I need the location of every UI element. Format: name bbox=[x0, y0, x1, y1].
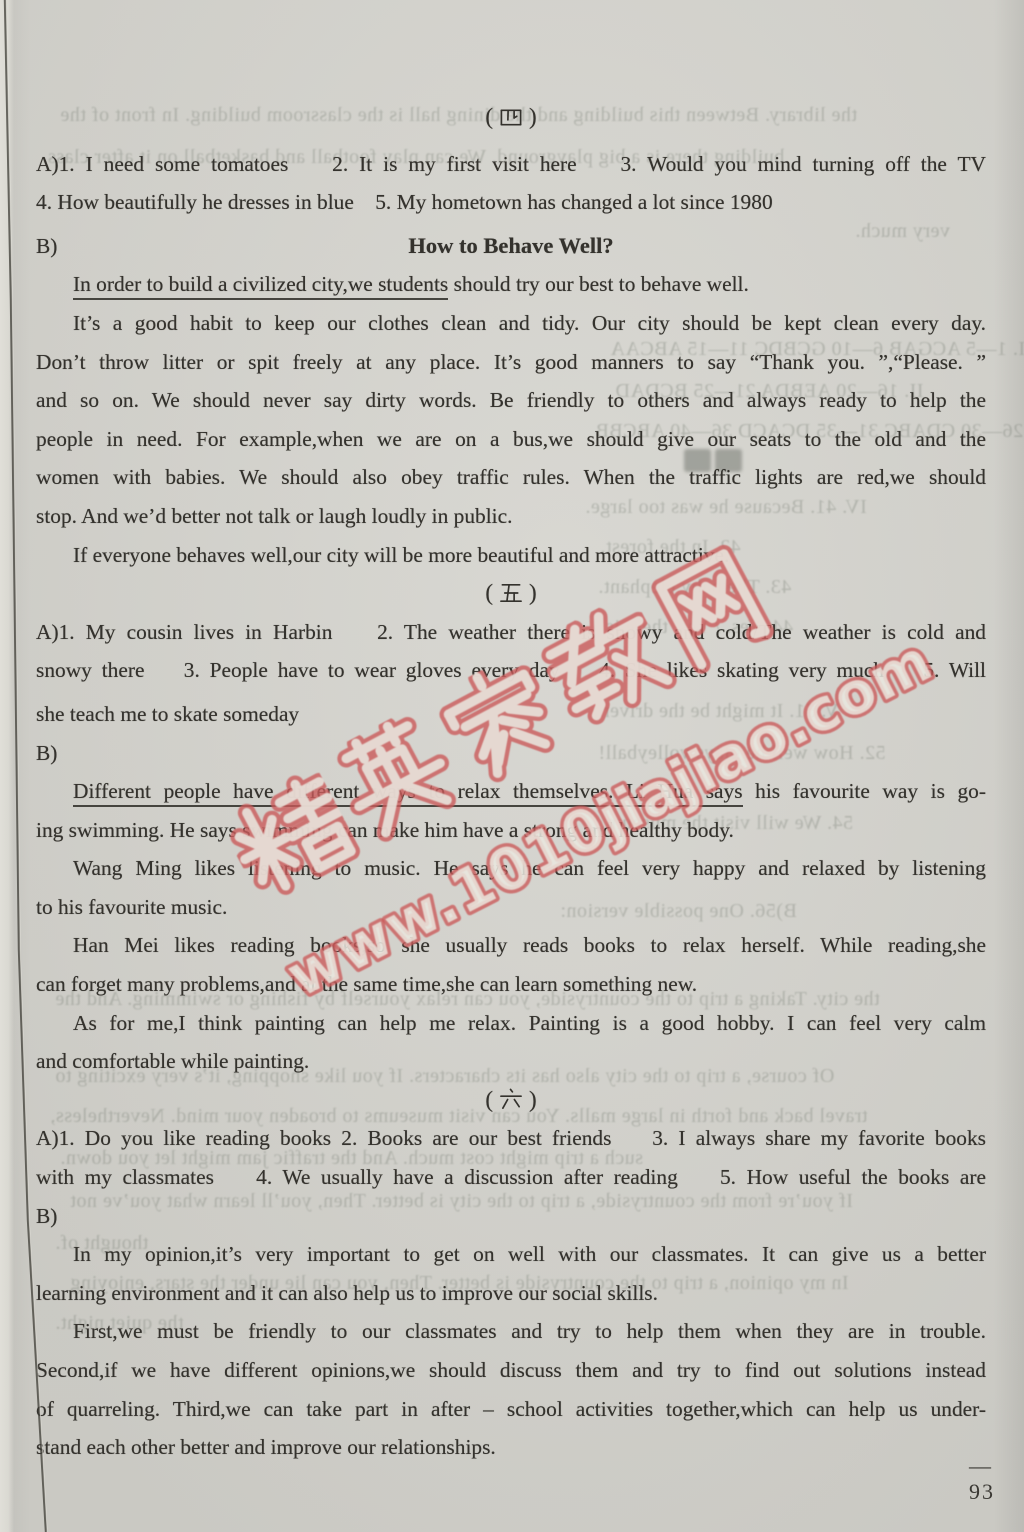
text-run: stop. And we’d better not talk or laugh … bbox=[36, 504, 512, 528]
text-run: with my classmates 4. We usually have a … bbox=[36, 1165, 986, 1189]
hanzi-five-icon bbox=[499, 581, 523, 605]
text-line: First,we must be friendly to our classma… bbox=[36, 1312, 986, 1351]
underlined-text: In order to build a civilized city,we st… bbox=[73, 272, 448, 300]
text-line: It’s a good habit to keep our clothes cl… bbox=[36, 304, 986, 343]
text-run: people in need. For example,when we are … bbox=[36, 427, 986, 451]
text-line: In my opinion,it’s very important to get… bbox=[36, 1235, 986, 1274]
part-label: B) bbox=[36, 227, 57, 266]
text-line: with my classmates 4. We usually have a … bbox=[36, 1158, 986, 1197]
text-run: In my opinion,it’s very important to get… bbox=[73, 1242, 986, 1266]
text-line: 4. How beautifully he dresses in blue 5.… bbox=[36, 183, 986, 222]
page-content: ()A)1. I need some tomatoes 2. It is my … bbox=[36, 98, 986, 1467]
section-heading-four: () bbox=[36, 98, 986, 137]
text-run: B) bbox=[36, 1204, 57, 1228]
text-run: women with babies. We should also obey t… bbox=[36, 465, 986, 489]
hanzi-six-icon bbox=[499, 1088, 523, 1112]
text-line: of quarreling. Third,we can take part in… bbox=[36, 1390, 986, 1429]
page-number: — 93 bbox=[969, 1453, 1024, 1505]
paren-open: ( bbox=[485, 1081, 493, 1120]
paren-close: ) bbox=[529, 1081, 537, 1120]
text-run: 4. How beautifully he dresses in blue 5.… bbox=[36, 190, 773, 214]
essay-title: How to Behave Well? bbox=[36, 227, 986, 266]
text-line: Second,if we have different opinions,we … bbox=[36, 1351, 986, 1390]
text-line: and comfortable while painting. bbox=[36, 1042, 986, 1081]
text-line: people in need. For example,when we are … bbox=[36, 420, 986, 459]
text-run: As for me,I think painting can help me r… bbox=[73, 1011, 986, 1035]
text-run: A)1. I need some tomatoes 2. It is my fi… bbox=[36, 152, 986, 176]
text-line: stop. And we’d better not talk or laugh … bbox=[36, 497, 986, 536]
text-run: If everyone behaves well,our city will b… bbox=[73, 543, 729, 567]
text-line: A)1. My cousin lives in Harbin 2. The we… bbox=[36, 613, 986, 652]
text-line: and so on. We should never say dirty wor… bbox=[36, 381, 986, 420]
text-run: and comfortable while painting. bbox=[36, 1049, 309, 1073]
text-run: B) bbox=[36, 741, 57, 765]
text-run: A)1. My cousin lives in Harbin 2. The we… bbox=[36, 620, 986, 644]
text-run: Second,if we have different opinions,we … bbox=[36, 1358, 986, 1382]
text-line: As for me,I think painting can help me r… bbox=[36, 1004, 986, 1043]
text-run: of quarreling. Third,we can take part in… bbox=[36, 1397, 986, 1421]
scan-gutter bbox=[0, 0, 14, 1532]
text-run: and so on. We should never say dirty wor… bbox=[36, 388, 986, 412]
section-label-and-title: B)How to Behave Well? bbox=[36, 227, 986, 266]
section-heading-five: () bbox=[36, 574, 986, 613]
paren-open: ( bbox=[485, 574, 493, 613]
text-line: A)1. Do you like reading books 2. Books … bbox=[36, 1119, 986, 1158]
text-run: to his favourite music. bbox=[36, 895, 227, 919]
scanned-answer-page: the library. Between this building and t… bbox=[0, 0, 1024, 1532]
paren-close: ) bbox=[529, 574, 537, 613]
paren-open: ( bbox=[485, 98, 493, 137]
text-line: women with babies. We should also obey t… bbox=[36, 458, 986, 497]
text-line: learning environment and it can also hel… bbox=[36, 1274, 986, 1313]
text-line: can forget many problems,and at the same… bbox=[36, 965, 986, 1004]
text-line: Han Mei likes reading books,so she usual… bbox=[36, 926, 986, 965]
text-run: First,we must be friendly to our classma… bbox=[73, 1319, 986, 1343]
text-run: Han Mei likes reading books,so she usual… bbox=[73, 933, 986, 957]
text-run: Don’t throw litter or spit freely at any… bbox=[36, 350, 986, 374]
text-line: If everyone behaves well,our city will b… bbox=[36, 536, 986, 575]
text-line: stand each other better and improve our … bbox=[36, 1428, 986, 1467]
text-run: learning environment and it can also hel… bbox=[36, 1281, 658, 1305]
text-line: Don’t throw litter or spit freely at any… bbox=[36, 343, 986, 382]
hanzi-four-icon bbox=[499, 105, 523, 129]
paren-close: ) bbox=[529, 98, 537, 137]
text-run: should try our best to behave well. bbox=[448, 272, 749, 296]
text-run: she teach me to skate someday bbox=[36, 702, 299, 726]
text-run: stand each other better and improve our … bbox=[36, 1435, 496, 1459]
section-heading-six: () bbox=[36, 1081, 986, 1120]
text-line: In order to build a civilized city,we st… bbox=[36, 265, 986, 304]
text-line: A)1. I need some tomatoes 2. It is my fi… bbox=[36, 145, 986, 184]
text-line: B) bbox=[36, 1197, 986, 1236]
text-run: A)1. Do you like reading books 2. Books … bbox=[36, 1126, 986, 1150]
text-run: It’s a good habit to keep our clothes cl… bbox=[73, 311, 986, 335]
